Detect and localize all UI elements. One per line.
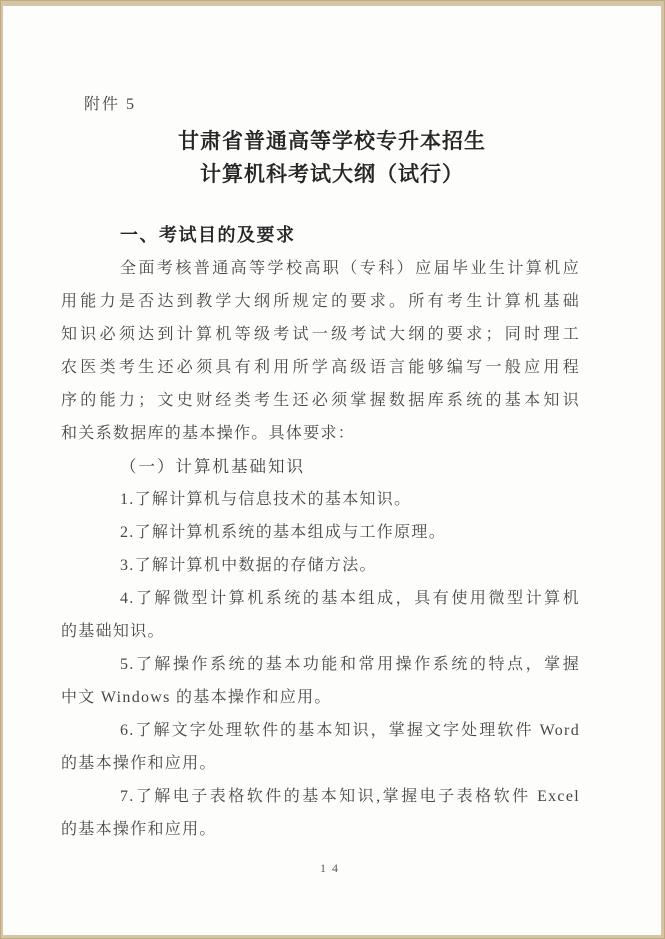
list-item-line: 7.了解电子表格软件的基本知识,掌握电子表格软件 Excel: [61, 780, 580, 813]
list-item-line: 4.了解微型计算机系统的基本组成，具有使用微型计算机: [61, 582, 580, 615]
list-item-7: 7.了解电子表格软件的基本知识,掌握电子表格软件 Excel 的基本操作和应用。: [61, 780, 580, 846]
document-body: 一、考试目的及要求 全面考核普通高等学校高职（专科）应届毕业生计算机应 用能力是…: [3, 219, 661, 846]
list-item-line: 6.了解文字处理软件的基本知识，掌握文字处理软件 Word: [61, 714, 580, 747]
document-title-line2: 计算机科考试大纲（试行）: [3, 158, 661, 191]
document-background: { "document": { "attachment_label": "附件 …: [0, 0, 665, 939]
list-item-6: 6.了解文字处理软件的基本知识，掌握文字处理软件 Word 的基本操作和应用。: [61, 714, 580, 780]
document-title: 甘肃省普通高等学校专升本招生 计算机科考试大纲（试行）: [3, 125, 661, 191]
intro-line: 知识必须达到计算机等级考试一级考试大纲的要求；同时理工: [61, 318, 580, 351]
list-item-line: 中文 Windows 的基本操作和应用。: [61, 681, 580, 714]
intro-line: 用能力是否达到教学大纲所规定的要求。所有考生计算机基础: [61, 285, 580, 318]
list-item-line: 的基本操作和应用。: [61, 747, 580, 780]
list-item-2: 2.了解计算机系统的基本组成与工作原理。: [61, 516, 580, 549]
list-item-4: 4.了解微型计算机系统的基本组成，具有使用微型计算机 的基础知识。: [61, 582, 580, 648]
intro-line: 农医类考生还必须具有利用所学高级语言能够编写一般应用程: [61, 351, 580, 384]
list-item-line: 5.了解操作系统的基本功能和常用操作系统的特点，掌握: [61, 648, 580, 681]
attachment-label: 附件 5: [3, 95, 661, 115]
requirement-list: 1.了解计算机与信息技术的基本知识。 2.了解计算机系统的基本组成与工作原理。 …: [61, 483, 580, 846]
intro-line: 和关系数据库的基本操作。具体要求：: [61, 417, 580, 450]
list-item-line: 的基本操作和应用。: [61, 813, 580, 846]
list-item-3: 3.了解计算机中数据的存储方法。: [61, 549, 580, 582]
document-title-line1: 甘肃省普通高等学校专升本招生: [3, 125, 661, 158]
list-item-1: 1.了解计算机与信息技术的基本知识。: [61, 483, 580, 516]
subsection-heading: （一）计算机基础知识: [61, 450, 580, 483]
list-item-5: 5.了解操作系统的基本功能和常用操作系统的特点，掌握 中文 Windows 的基…: [61, 648, 580, 714]
document-page: 附件 5 甘肃省普通高等学校专升本招生 计算机科考试大纲（试行） 一、考试目的及…: [1, 1, 664, 938]
intro-line: 全面考核普通高等学校高职（专科）应届毕业生计算机应: [61, 252, 580, 285]
section-heading: 一、考试目的及要求: [61, 219, 580, 252]
intro-paragraph: 全面考核普通高等学校高职（专科）应届毕业生计算机应 用能力是否达到教学大纲所规定…: [61, 252, 580, 450]
intro-line: 序的能力；文史财经类考生还必须掌握数据库系统的基本知识: [61, 384, 580, 417]
list-item-line: 的基础知识。: [61, 615, 580, 648]
page-number: 14: [3, 858, 661, 878]
